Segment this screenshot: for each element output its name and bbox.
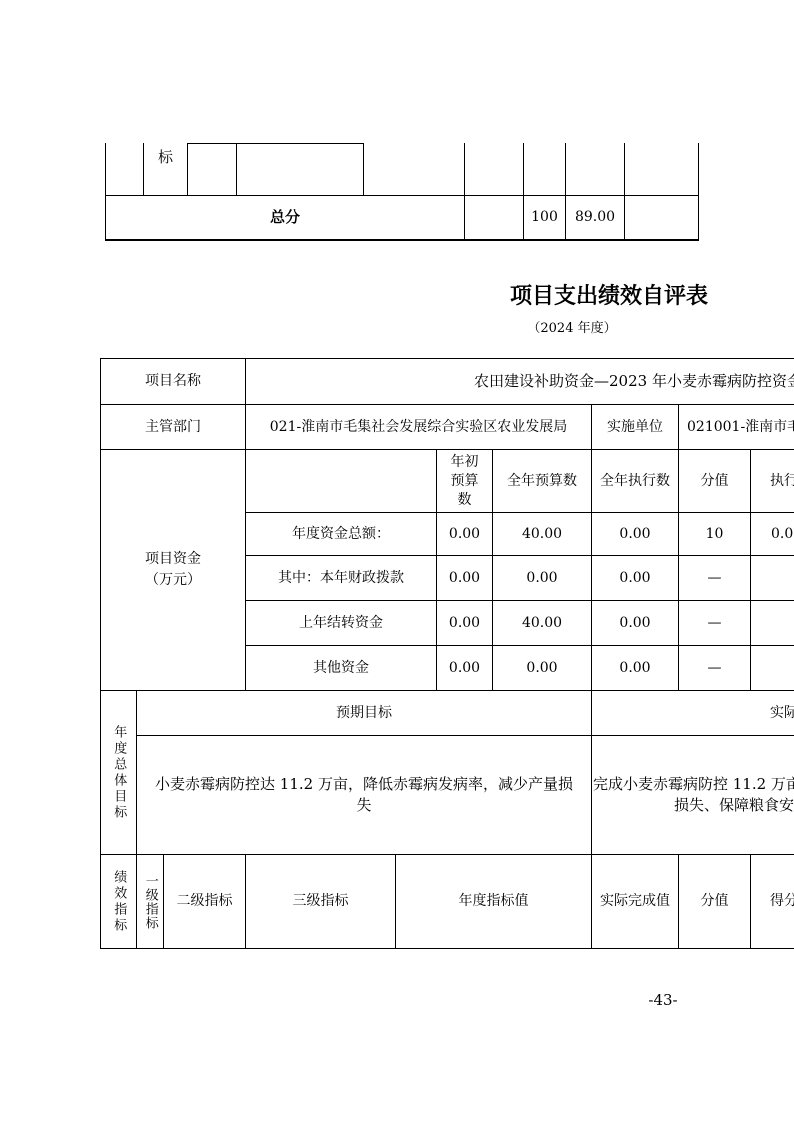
annual-goal-label: 年度总体目标	[100, 690, 137, 855]
fragment-vline	[523, 143, 524, 196]
funds-row-rate	[750, 555, 794, 601]
total-empty-cell	[624, 195, 699, 241]
funds-label-line1: 项目资金	[145, 549, 201, 570]
fragment-vline	[236, 143, 237, 196]
funds-row-begin: 0.00	[436, 645, 493, 691]
actual-goal-line2: 损失、保障粮食安	[592, 795, 794, 816]
funds-row-annual: 0.00	[492, 555, 592, 601]
funds-row-annual: 40.00	[492, 600, 592, 646]
funds-row-score: —	[678, 645, 751, 691]
funds-row-rate: 0.00	[750, 512, 794, 556]
indicator-col-target: 年度指标值	[395, 854, 592, 949]
indicator-col-level1: 一级指标	[136, 854, 164, 949]
funds-row-score: 10	[678, 512, 751, 556]
funds-row-executed: 0.00	[591, 600, 679, 646]
funds-header-score: 分值	[678, 449, 751, 513]
funds-row-label: 年度资金总额：	[245, 512, 437, 556]
funds-row-score: —	[678, 600, 751, 646]
funds-header-begin: 年初预算数	[436, 449, 493, 513]
fragment-vline	[624, 143, 625, 196]
fragment-vline	[363, 143, 364, 196]
funds-row-label: 其中：本年财政拨款	[245, 555, 437, 601]
dept-value: 021-淮南市毛集社会发展综合实验区农业发展局	[245, 404, 592, 450]
funds-header-annual: 全年预算数	[492, 449, 592, 513]
funds-row-label: 其他资金	[245, 645, 437, 691]
funds-row-begin: 0.00	[436, 555, 493, 601]
indicator-col-level3: 三级指标	[245, 854, 396, 949]
fragment-vline	[565, 143, 566, 196]
fragment-vline	[464, 143, 465, 196]
funds-header-begin-text: 年初预算数	[450, 453, 480, 510]
total-score-value: 89.00	[565, 195, 625, 241]
indicator-col-level2: 二级指标	[163, 854, 246, 949]
fragment-hline	[187, 143, 364, 144]
impl-unit-label: 实施单位	[591, 404, 679, 450]
document-page: 标 总分 100 89.00 项目支出绩效自评表 （2024 年度） 项目名称 …	[0, 0, 794, 1122]
actual-goal-header: 实际	[591, 690, 794, 736]
page-subtitle: （2024 年度）	[522, 317, 622, 336]
indicator-col-score: 分值	[678, 854, 751, 949]
funds-row-rate	[750, 645, 794, 691]
indicator-col-points: 得分	[750, 854, 794, 949]
dept-label: 主管部门	[100, 404, 246, 450]
actual-goal-line1: 完成小麦赤霉病防控 11.2 万亩	[592, 774, 794, 795]
funds-row-score: —	[678, 555, 751, 601]
project-name-label: 项目名称	[100, 358, 246, 405]
funds-row-executed: 0.00	[591, 512, 679, 556]
impl-unit-value: 021001-淮南市毛	[678, 404, 794, 450]
fragment-stub-text: 标	[143, 146, 188, 167]
indicators-section-label: 绩效指标	[100, 854, 137, 949]
funds-row-executed: 0.00	[591, 555, 679, 601]
funds-row-label: 上年结转资金	[245, 600, 437, 646]
indicator-col-actual: 实际完成值	[591, 854, 679, 949]
funds-row-begin: 0.00	[436, 512, 493, 556]
expected-goal-line1: 小麦赤霉病防控达 11.2 万亩，降低赤霉病发病率，减少产量损	[155, 774, 573, 795]
funds-row-begin: 0.00	[436, 600, 493, 646]
funds-header-executed: 全年执行数	[591, 449, 679, 513]
total-possible-value: 100	[523, 195, 566, 241]
funds-row-executed: 0.00	[591, 645, 679, 691]
page-title: 项目支出绩效自评表	[509, 279, 709, 310]
funds-row-annual: 40.00	[492, 512, 592, 556]
total-score-label: 总分	[105, 195, 465, 241]
funds-header-empty	[245, 449, 437, 513]
fragment-vline	[698, 143, 699, 196]
expected-goal-header: 预期目标	[136, 690, 592, 736]
funds-row-annual: 0.00	[492, 645, 592, 691]
actual-goal-text: 完成小麦赤霉病防控 11.2 万亩 损失、保障粮食安	[591, 735, 794, 855]
total-empty-cell	[464, 195, 524, 241]
funds-row-rate	[750, 600, 794, 646]
project-name-value: 农田建设补助资金—2023 年小麦赤霉病防控资金	[245, 358, 794, 405]
funds-label-line2: （万元）	[145, 570, 201, 591]
expected-goal-text: 小麦赤霉病防控达 11.2 万亩，降低赤霉病发病率，减少产量损 失	[136, 735, 592, 855]
funds-header-rate: 执行率	[750, 449, 794, 513]
funds-section-label: 项目资金 （万元）	[100, 449, 246, 691]
fragment-vline	[105, 143, 106, 196]
page-number: -43-	[633, 991, 693, 1009]
expected-goal-line2: 失	[356, 795, 371, 816]
